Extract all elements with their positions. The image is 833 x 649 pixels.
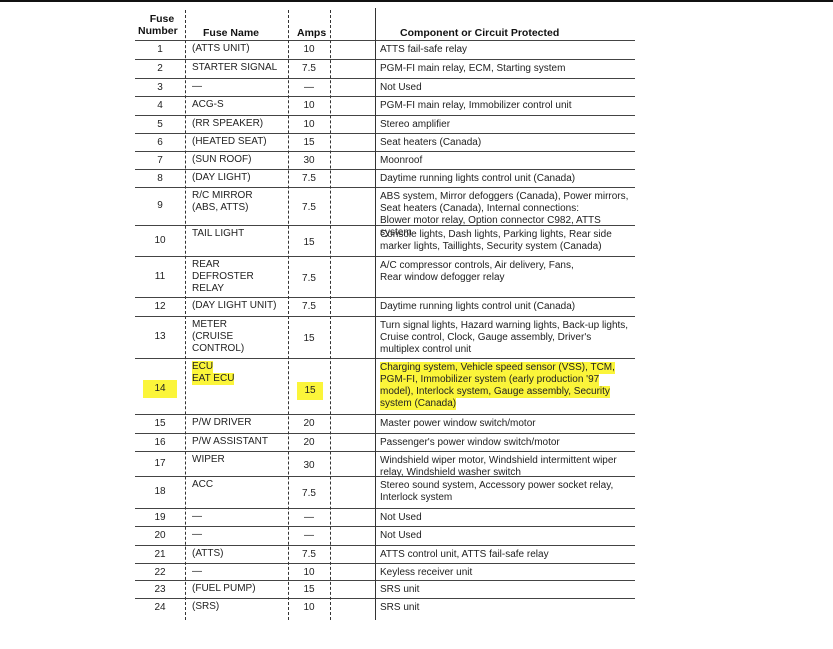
row-divider (135, 545, 635, 546)
row-divider (135, 526, 635, 527)
fuse-name: (SRS) (192, 601, 219, 613)
component-protected: Stereo sound system, Accessory power soc… (380, 480, 613, 492)
fuse-name: RELAY (192, 283, 224, 295)
component-protected: Interlock system (380, 492, 452, 504)
row-divider (135, 59, 635, 60)
row-divider (135, 151, 635, 152)
component-protected: Not Used (380, 512, 422, 524)
component-protected: Not Used (380, 82, 422, 94)
fuse-name: (DAY LIGHT UNIT) (192, 300, 276, 312)
fuse-name: METER (192, 319, 227, 331)
row-divider (135, 225, 635, 226)
fuse-name: WIPER (192, 454, 225, 466)
fuse-name: EAT ECU (192, 373, 234, 385)
fuse-amps: 20 (288, 437, 330, 449)
component-protected: Rear window defogger relay (380, 272, 505, 284)
fuse-number: 17 (135, 458, 185, 470)
row-divider (135, 433, 635, 434)
row-divider (135, 297, 635, 298)
component-protected: PGM-FI main relay, Immobilizer control u… (380, 100, 572, 112)
header-fuse-number-line2: Number (138, 25, 178, 37)
component-protected: ATTS control unit, ATTS fail-safe relay (380, 549, 549, 561)
component-protected: marker lights, Taillights, Security syst… (380, 241, 602, 253)
fuse-number: 1 (135, 44, 185, 56)
fuse-number: 4 (135, 100, 185, 112)
fuse-name: CONTROL) (192, 343, 244, 355)
component-protected: Not Used (380, 530, 422, 542)
fuse-number: 10 (135, 235, 185, 247)
fuse-name: REAR (192, 259, 220, 271)
fuse-number: 20 (135, 530, 185, 542)
fuse-name: — (192, 566, 202, 578)
fuse-number: 7 (135, 155, 185, 167)
row-divider (135, 169, 635, 170)
fuse-amps: 15 (288, 237, 330, 249)
fuse-amps: 30 (288, 460, 330, 472)
fuse-number: 3 (135, 82, 185, 94)
header-fuse-number-line1: Fuse (147, 13, 177, 25)
fuse-name: (ATTS) (192, 548, 223, 560)
row-divider (135, 96, 635, 97)
row-divider (135, 508, 635, 509)
header-component: Component or Circuit Protected (400, 27, 559, 39)
fuse-name: — (192, 81, 202, 93)
row-divider (135, 133, 635, 134)
component-protected: Daytime running lights control unit (Can… (380, 301, 575, 313)
fuse-number: 12 (135, 301, 185, 313)
component-protected: SRS unit (380, 584, 419, 596)
component-protected: Windshield wiper motor, Windshield inter… (380, 455, 617, 467)
fuse-amps: 10 (288, 119, 330, 131)
component-protected: multiplex control unit (380, 344, 471, 356)
fuse-amps: 20 (288, 418, 330, 430)
fuse-name: (ABS, ATTS) (192, 202, 249, 214)
component-protected: Turn signal lights, Hazard warning light… (380, 320, 628, 332)
column-divider (330, 10, 331, 620)
fuse-name: (RR SPEAKER) (192, 118, 263, 130)
fuse-amps: 7.5 (288, 301, 330, 313)
component-protected: Stereo amplifier (380, 119, 450, 131)
fuse-number: 18 (135, 486, 185, 498)
fuse-amps: 15 (288, 333, 330, 345)
component-protected: PGM-FI, Immobilizer system (early produc… (380, 374, 599, 386)
fuse-amps: 7.5 (288, 549, 330, 561)
fuse-name: TAIL LIGHT (192, 228, 244, 240)
top-border (0, 0, 833, 2)
fuse-name: — (192, 529, 202, 541)
component-protected: SRS unit (380, 602, 419, 614)
column-divider (185, 10, 186, 620)
component-protected: Moonroof (380, 155, 422, 167)
fuse-amps: — (288, 512, 330, 524)
fuse-amps: 7.5 (288, 202, 330, 214)
fuse-amps: 7.5 (288, 488, 330, 500)
fuse-amps: 15 (288, 584, 330, 596)
fuse-name: (DAY LIGHT) (192, 172, 251, 184)
row-divider (135, 563, 635, 564)
fuse-number: 9 (135, 200, 185, 212)
fuse-amps: 10 (288, 44, 330, 56)
fuse-number: 21 (135, 549, 185, 561)
header-amps: Amps (297, 27, 326, 39)
fuse-number: 13 (135, 331, 185, 343)
component-protected: Seat heaters (Canada), Internal connecti… (380, 203, 579, 215)
component-protected: system (Canada) (380, 398, 456, 410)
fuse-name: ACG-S (192, 99, 224, 111)
row-divider (135, 580, 635, 581)
fuse-name: (FUEL PUMP) (192, 583, 256, 595)
fuse-number: 22 (135, 567, 185, 579)
fuse-number: 19 (135, 512, 185, 524)
component-protected: ABS system, Mirror defoggers (Canada), P… (380, 191, 628, 203)
fuse-number: 6 (135, 137, 185, 149)
fuse-name: P/W ASSISTANT (192, 436, 268, 448)
component-protected: Keyless receiver unit (380, 567, 472, 579)
component-protected: A/C compressor controls, Air delivery, F… (380, 260, 574, 272)
fuse-number: 5 (135, 119, 185, 131)
row-divider (135, 414, 635, 415)
fuse-number: 8 (135, 173, 185, 185)
row-divider (135, 316, 635, 317)
component-protected: model), Interlock system, Gauge assembly… (380, 386, 610, 398)
fuse-number: 11 (135, 271, 185, 283)
fuse-amps: 30 (288, 155, 330, 167)
component-protected: Seat heaters (Canada) (380, 137, 481, 149)
fuse-name: (ATTS UNIT) (192, 43, 250, 55)
component-protected: Master power window switch/motor (380, 418, 536, 430)
component-protected: relay, Windshield washer switch (380, 467, 521, 479)
fuse-amps: 10 (288, 100, 330, 112)
component-protected: Passenger's power window switch/motor (380, 437, 560, 449)
fuse-amps: 15 (297, 382, 323, 400)
fuse-name: ACC (192, 479, 213, 491)
row-divider (135, 115, 635, 116)
table-header: Fuse Number Fuse Name Amps Component or … (135, 8, 635, 40)
row-divider (135, 78, 635, 79)
row-divider (135, 451, 635, 452)
row-divider (135, 598, 635, 599)
fuse-number: 24 (135, 602, 185, 614)
row-divider (135, 187, 635, 188)
fuse-amps: 15 (288, 137, 330, 149)
fuse-name: ECU (192, 361, 213, 373)
fuse-amps: 7.5 (288, 63, 330, 75)
fuse-name: — (192, 511, 202, 523)
row-divider (135, 358, 635, 359)
column-divider (375, 8, 376, 620)
fuse-name: DEFROSTER (192, 271, 254, 283)
fuse-name: (SUN ROOF) (192, 154, 251, 166)
fuse-name: (HEATED SEAT) (192, 136, 267, 148)
fuse-number: 23 (135, 584, 185, 596)
row-divider (135, 256, 635, 257)
component-protected: ATTS fail-safe relay (380, 44, 467, 56)
fuse-name: R/C MIRROR (192, 190, 253, 202)
row-divider (135, 476, 635, 477)
fuse-amps: 7.5 (288, 173, 330, 185)
component-protected: Daytime running lights control unit (Can… (380, 173, 575, 185)
fuse-number: 2 (135, 63, 185, 75)
fuse-amps: — (288, 530, 330, 542)
fuse-amps: 7.5 (288, 273, 330, 285)
component-protected: Cruise control, Clock, Gauge assembly, D… (380, 332, 591, 344)
fuse-amps: 10 (288, 602, 330, 614)
fuse-name: STARTER SIGNAL (192, 62, 277, 74)
row-divider (135, 40, 635, 41)
component-protected: Charging system, Vehicle speed sensor (V… (380, 362, 615, 374)
component-protected: PGM-FI main relay, ECM, Starting system (380, 63, 565, 75)
fuse-number: 15 (135, 418, 185, 430)
column-divider (288, 10, 289, 620)
fuse-name: (CRUISE (192, 331, 233, 343)
fuse-number: 14 (143, 380, 177, 398)
header-fuse-name: Fuse Name (203, 27, 259, 39)
fuse-number: 16 (135, 437, 185, 449)
component-protected: Console lights, Dash lights, Parking lig… (380, 229, 612, 241)
fuse-amps: 10 (288, 567, 330, 579)
fuse-amps: — (288, 82, 330, 94)
fuse-name: P/W DRIVER (192, 417, 251, 429)
